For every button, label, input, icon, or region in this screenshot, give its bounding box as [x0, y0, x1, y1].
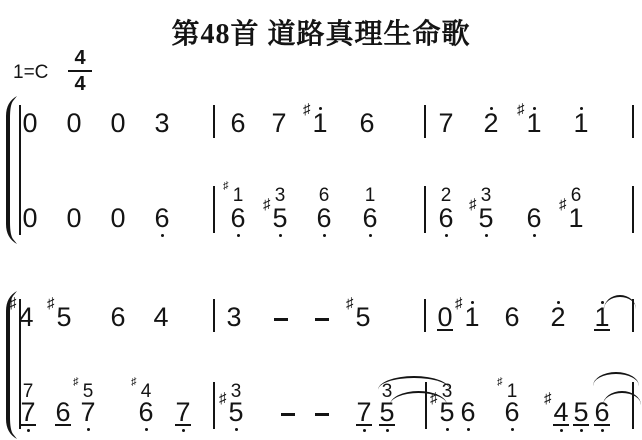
chord-upper-note: 6 [566, 186, 586, 208]
note: 0 [19, 109, 41, 149]
note: 6 [356, 109, 378, 149]
note-digit: 6 [504, 302, 519, 332]
barline [424, 186, 426, 233]
note-digit: 6 [460, 397, 475, 427]
note-digit: 6 [230, 108, 245, 138]
note-digit: 0 [22, 108, 37, 138]
note: 5♯ [352, 303, 374, 343]
barline [213, 105, 215, 138]
note-digit: 7 [438, 108, 453, 138]
sharp-icon: ♯ [9, 296, 17, 311]
octave-dot-below [323, 234, 326, 237]
note-digit: 6 [55, 397, 70, 427]
note-digit: 0 [22, 203, 37, 233]
held-note-dash [281, 413, 295, 416]
chord-upper-note: 1♯ [228, 186, 248, 208]
chord-upper-note: 2 [436, 186, 456, 208]
octave-dot-above [490, 107, 493, 110]
octave-dot-below [235, 428, 238, 431]
note: 7 [172, 398, 194, 438]
note-digit: 3 [275, 185, 286, 206]
barline [213, 299, 215, 332]
note-digit: 3 [231, 381, 242, 402]
note-digit: 0 [110, 203, 125, 233]
note-digit: 0 [66, 108, 81, 138]
chord-upper-note: 3 [226, 382, 246, 404]
eighth-underline [20, 424, 36, 426]
note-digit: 1 [507, 381, 518, 402]
note-digit: 4 [553, 397, 568, 427]
note: 7 [268, 109, 290, 149]
note-digit: 6 [319, 185, 330, 206]
tie-arc [378, 376, 450, 390]
octave-dot-below [485, 234, 488, 237]
eighth-underline [594, 329, 610, 331]
octave-dot-below [182, 429, 185, 432]
note-digit: 5 [355, 302, 370, 332]
octave-dot-below [445, 234, 448, 237]
octave-dot-below [580, 429, 583, 432]
tie-arc [604, 295, 636, 309]
note-digit: 4 [18, 302, 33, 332]
eighth-underline [553, 424, 569, 426]
octave-dot-below [369, 234, 372, 237]
note: 6 [135, 398, 157, 438]
note: 4♯ [15, 303, 37, 343]
octave-dot-above [533, 107, 536, 110]
note-digit: 2 [441, 185, 452, 206]
note-digit: 7 [23, 381, 34, 402]
eighth-underline [55, 424, 71, 426]
note-digit: 3 [481, 185, 492, 206]
note: 6 [151, 204, 173, 244]
note: 1 [570, 109, 592, 149]
octave-dot-below [560, 429, 563, 432]
note-digit: 7 [271, 108, 286, 138]
eighth-underline [437, 329, 453, 331]
octave-dot-below [386, 429, 389, 432]
octave-dot-below [27, 429, 30, 432]
note-digit: 1 [573, 108, 588, 138]
barline [424, 105, 426, 138]
octave-dot-below [363, 429, 366, 432]
note-digit: 6 [526, 203, 541, 233]
barline [424, 299, 426, 332]
chord-upper-note: 3 [270, 186, 290, 208]
note: 2 [547, 303, 569, 343]
chord-upper-note: 6 [314, 186, 334, 208]
note: 0 [63, 109, 85, 149]
score-area: 0003671♯6721♯1000661♯5♯36661625♯361♯64♯5… [0, 0, 642, 440]
note-digit: 4 [141, 381, 152, 402]
note-digit: 1 [365, 185, 376, 206]
note: 3 [151, 109, 173, 149]
note: 6 [313, 204, 335, 244]
eighth-underline [573, 424, 589, 426]
octave-dot-above [471, 301, 474, 304]
note-digit: 5 [83, 381, 94, 402]
held-note-dash [315, 318, 329, 321]
sharp-icon: ♯ [47, 296, 55, 311]
note: 0 [63, 204, 85, 244]
barline [213, 186, 215, 233]
note: 6 [359, 204, 381, 244]
note: 0 [19, 204, 41, 244]
octave-dot-below [533, 234, 536, 237]
note: 1♯ [309, 109, 331, 149]
octave-dot-below [145, 428, 148, 431]
eighth-underline [356, 424, 372, 426]
note: 5♯ [225, 398, 247, 438]
octave-dot-above [580, 107, 583, 110]
chord-upper-note: 3 [476, 186, 496, 208]
note-digit: 1 [312, 108, 327, 138]
note-digit: 3 [226, 302, 241, 332]
held-note-dash [315, 413, 329, 416]
note: 7 [77, 398, 99, 438]
octave-dot-below [237, 234, 240, 237]
note: 6 [457, 398, 479, 438]
octave-dot-below [467, 428, 470, 431]
sharp-icon: ♯ [223, 181, 229, 192]
note: 0 [107, 109, 129, 149]
octave-dot-below [87, 428, 90, 431]
eighth-underline [175, 424, 191, 426]
note: 3 [223, 303, 245, 343]
note: 0 [434, 303, 456, 343]
octave-dot-above [557, 301, 560, 304]
octave-dot-above [319, 107, 322, 110]
octave-dot-below [446, 428, 449, 431]
tie-arc [603, 391, 641, 405]
sharp-icon: ♯ [544, 391, 552, 406]
note: 0 [107, 204, 129, 244]
octave-dot-below [161, 234, 164, 237]
chord-upper-note: 1♯ [502, 382, 522, 404]
note: 6 [227, 109, 249, 149]
sharp-icon: ♯ [497, 377, 503, 388]
sharp-icon: ♯ [131, 377, 137, 388]
note: 7 [17, 398, 39, 438]
chord-upper-note: 7 [18, 382, 38, 404]
note-digit: 5 [573, 397, 588, 427]
note-digit: 6 [359, 108, 374, 138]
note: 6 [227, 204, 249, 244]
note-digit: 6 [154, 203, 169, 233]
note: 1♯ [523, 109, 545, 149]
note: 1 [591, 303, 613, 343]
sharp-icon: ♯ [455, 296, 463, 311]
note: 5♯ [269, 204, 291, 244]
note: 4 [150, 303, 172, 343]
note-digit: 1 [464, 302, 479, 332]
note-digit: 1 [526, 108, 541, 138]
octave-dot-above [601, 301, 604, 304]
barline [213, 382, 215, 429]
note: 6 [107, 303, 129, 343]
note-digit: 5 [56, 302, 71, 332]
note: 6 [523, 204, 545, 244]
note: 6 [435, 204, 457, 244]
note: 5♯ [475, 204, 497, 244]
note-digit: 6 [571, 185, 582, 206]
note: 2 [480, 109, 502, 149]
note: 6 [52, 398, 74, 438]
note-digit: 0 [110, 108, 125, 138]
octave-dot-below [279, 234, 282, 237]
sharp-icon: ♯ [517, 102, 525, 117]
chord-upper-note: 5♯ [78, 382, 98, 404]
barline [632, 186, 634, 233]
note: 7 [435, 109, 457, 149]
held-note-dash [274, 318, 288, 321]
system-bracket [2, 96, 18, 249]
note: 1♯ [461, 303, 483, 343]
note-digit: 7 [356, 397, 371, 427]
note: 4♯ [550, 398, 572, 438]
chord-upper-note: 4♯ [136, 382, 156, 404]
eighth-underline [594, 424, 610, 426]
note: 1♯ [565, 204, 587, 244]
sheet-music-page: 第48首 道路真理生命歌 1=C 4 4 0003671♯6721♯100066… [0, 0, 642, 440]
note-digit: 0 [437, 302, 452, 332]
note-digit: 7 [175, 397, 190, 427]
note: 6 [501, 398, 523, 438]
note: 7 [353, 398, 375, 438]
sharp-icon: ♯ [73, 377, 79, 388]
sharp-icon: ♯ [346, 296, 354, 311]
note: 5♯ [53, 303, 75, 343]
note: 6 [501, 303, 523, 343]
note-digit: 0 [66, 203, 81, 233]
note-digit: 3 [154, 108, 169, 138]
note-digit: 1 [233, 185, 244, 206]
note-digit: 4 [153, 302, 168, 332]
barline [632, 105, 634, 138]
barline [632, 382, 634, 429]
sharp-icon: ♯ [303, 102, 311, 117]
note: 5 [570, 398, 592, 438]
tie-arc [593, 372, 639, 386]
note-digit: 6 [110, 302, 125, 332]
octave-dot-below [511, 428, 514, 431]
eighth-underline [379, 424, 395, 426]
octave-dot-below [601, 429, 604, 432]
note-digit: 2 [483, 108, 498, 138]
chord-upper-note: 1 [360, 186, 380, 208]
note-digit: 2 [550, 302, 565, 332]
